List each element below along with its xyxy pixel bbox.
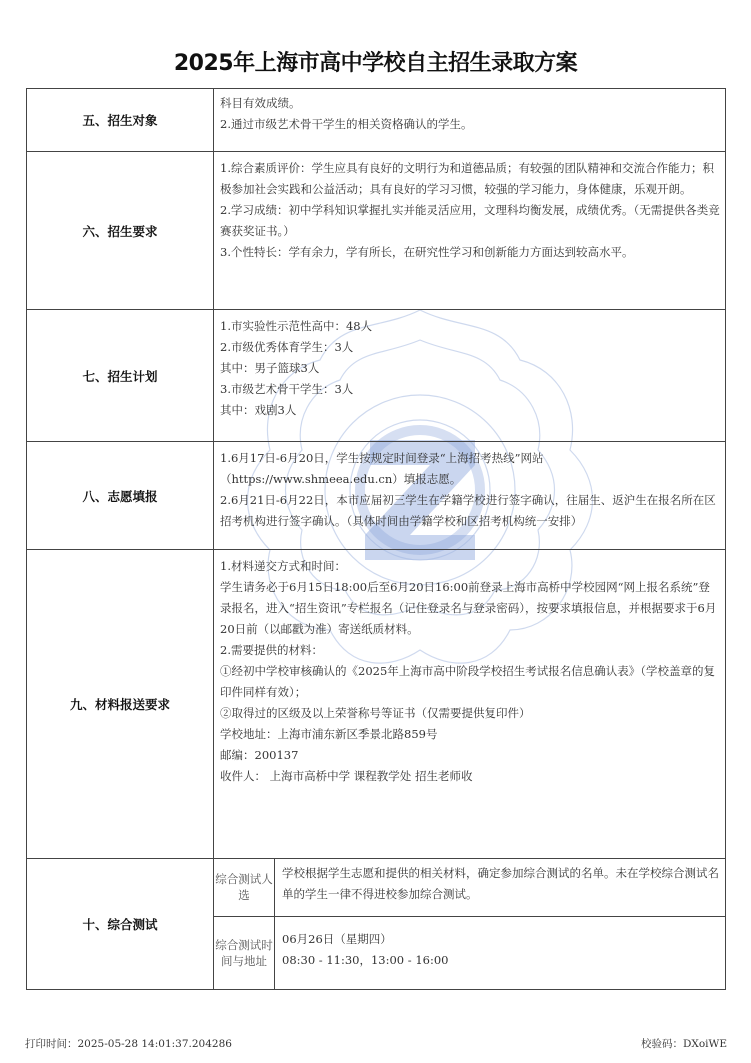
section-label: 八、志愿填报 xyxy=(27,442,214,550)
content-line: ①经初中学校审核确认的《2025年上海市高中阶段学校招生考试报名信息确认表》（学… xyxy=(220,661,721,703)
section-label: 九、材料报送要求 xyxy=(27,550,214,859)
content-line: 08:30 - 11:30，13:00 - 16:00 xyxy=(282,950,721,971)
section-content: 科目有效成绩。 2.通过市级艺术骨干学生的相关资格确认的学生。 xyxy=(214,89,726,152)
section-content: 1.材料递交方式和时间： 学生请务必于6月15日18:00后至6月20日16:0… xyxy=(214,550,726,859)
content-line: 其中：男子篮球3人 xyxy=(220,358,721,379)
print-time: 打印时间：2025-05-28 14:01:37.204286 xyxy=(25,1036,232,1051)
content-line: 1.材料递交方式和时间： xyxy=(220,556,721,577)
sub-content: 学校根据学生志愿和提供的相关材料，确定参加综合测试的名单。未在学校综合测试名单的… xyxy=(275,859,726,916)
section-content: 1.6月17日-6月20日，学生按规定时间登录“上海招考热线”网站 （https… xyxy=(214,442,726,550)
content-line: （https://www.shmeea.edu.cn）填报志愿。 xyxy=(220,469,721,490)
section-label: 五、招生对象 xyxy=(27,89,214,152)
content-line: 3.个性特长：学有余力，学有所长，在研究性学习和创新能力方面达到较高水平。 xyxy=(220,242,721,263)
content-line: 2.市级优秀体育学生：3人 xyxy=(220,337,721,358)
document-title: 2025年上海市高中学校自主招生录取方案 xyxy=(0,46,751,77)
section-content: 综合测试人选 学校根据学生志愿和提供的相关材料，确定参加综合测试的名单。未在学校… xyxy=(214,859,726,990)
content-line: 科目有效成绩。 xyxy=(220,93,721,114)
content-line: 2.通过市级艺术骨干学生的相关资格确认的学生。 xyxy=(220,114,721,135)
section-content: 1.市实验性示范性高中：48人 2.市级优秀体育学生：3人 其中：男子篮球3人 … xyxy=(214,310,726,442)
content-line: 2.6月21日-6月22日，本市应届初三学生在学籍学校进行签字确认，往届生、返沪… xyxy=(220,490,721,532)
test-subtable: 综合测试人选 学校根据学生志愿和提供的相关材料，确定参加综合测试的名单。未在学校… xyxy=(214,859,725,989)
content-line: ②取得过的区级及以上荣誉称号等证书（仅需要提供复印件） xyxy=(220,703,721,724)
section-row-target: 五、招生对象 科目有效成绩。 2.通过市级艺术骨干学生的相关资格确认的学生。 xyxy=(27,89,726,152)
content-line: 其中：戏剧3人 xyxy=(220,400,721,421)
section-label: 十、综合测试 xyxy=(27,859,214,990)
content-line: 1.6月17日-6月20日，学生按规定时间登录“上海招考热线”网站 xyxy=(220,448,721,469)
content-line: 3.市级艺术骨干学生：3人 xyxy=(220,379,721,400)
content-line: 收件人： 上海市高桥中学 课程教学处 招生老师收 xyxy=(220,766,721,787)
content-line: 学生请务必于6月15日18:00后至6月20日16:00前登录上海市高桥中学校园… xyxy=(220,577,721,640)
section-content: 1.综合素质评价：学生应具有良好的文明行为和道德品质；有较强的团队精神和交流合作… xyxy=(214,152,726,310)
content-line: 学校根据学生志愿和提供的相关材料，确定参加综合测试的名单。未在学校综合测试名单的… xyxy=(282,863,721,905)
sub-label: 综合测试人选 xyxy=(214,859,275,916)
section-row-requirements: 六、招生要求 1.综合素质评价：学生应具有良好的文明行为和道德品质；有较强的团队… xyxy=(27,152,726,310)
section-label: 六、招生要求 xyxy=(27,152,214,310)
content-line: 1.市实验性示范性高中：48人 xyxy=(220,316,721,337)
section-row-application: 八、志愿填报 1.6月17日-6月20日，学生按规定时间登录“上海招考热线”网站… xyxy=(27,442,726,550)
admission-table: 五、招生对象 科目有效成绩。 2.通过市级艺术骨干学生的相关资格确认的学生。 六… xyxy=(26,88,726,990)
content-line: 2.学习成绩：初中学科知识掌握扎实并能灵活应用，文理科均衡发展，成绩优秀。（无需… xyxy=(220,200,721,242)
section-row-plan: 七、招生计划 1.市实验性示范性高中：48人 2.市级优秀体育学生：3人 其中：… xyxy=(27,310,726,442)
content-line: 06月26日（星期四） xyxy=(282,929,721,950)
sub-content: 06月26日（星期四） 08:30 - 11:30，13:00 - 16:00 xyxy=(275,916,726,989)
section-row-materials: 九、材料报送要求 1.材料递交方式和时间： 学生请务必于6月15日18:00后至… xyxy=(27,550,726,859)
sub-label: 综合测试时间与地址 xyxy=(214,916,275,989)
content-line: 1.综合素质评价：学生应具有良好的文明行为和道德品质；有较强的团队精神和交流合作… xyxy=(220,158,721,200)
content-line: 2.需要提供的材料： xyxy=(220,640,721,661)
content-line: 邮编：200137 xyxy=(220,745,721,766)
checksum: 校验码：DXoiWE xyxy=(641,1036,727,1051)
content-line: 学校地址：上海市浦东新区季景北路859号 xyxy=(220,724,721,745)
section-label: 七、招生计划 xyxy=(27,310,214,442)
section-row-test: 十、综合测试 综合测试人选 学校根据学生志愿和提供的相关材料，确定参加综合测试的… xyxy=(27,859,726,990)
